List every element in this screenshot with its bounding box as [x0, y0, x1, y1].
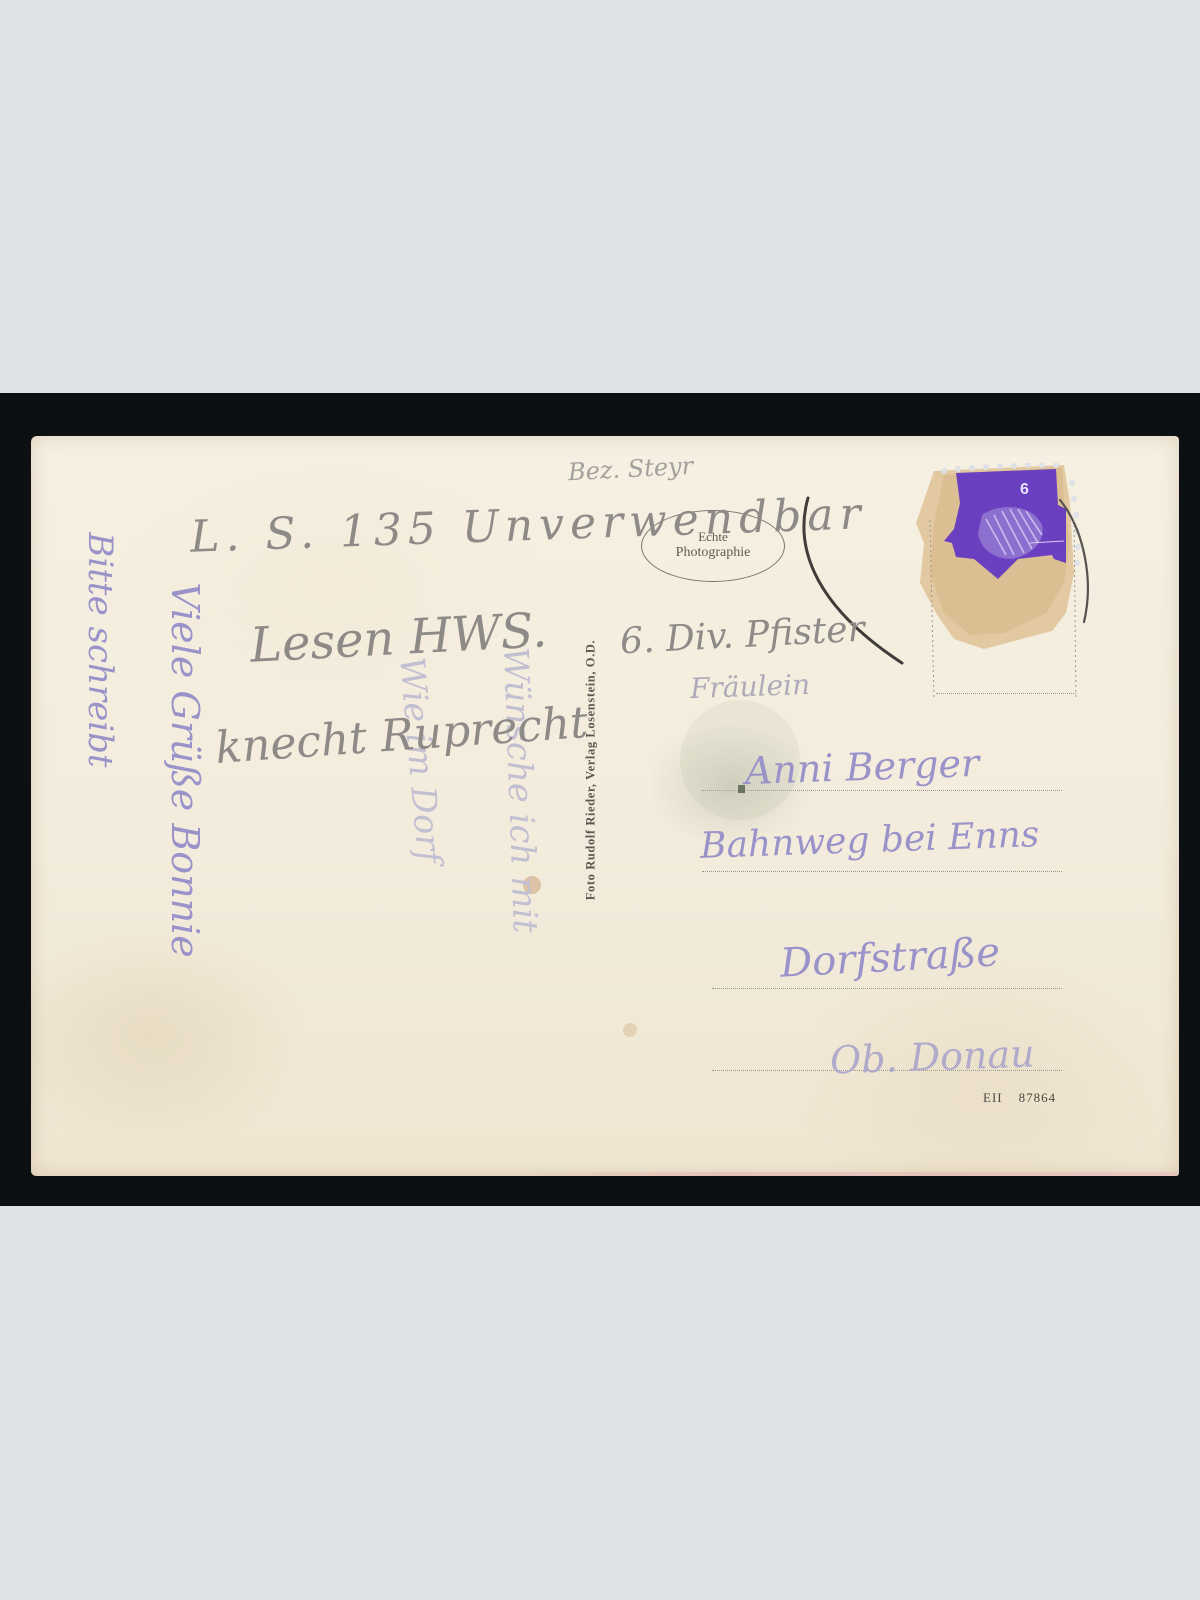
- catalog-mark: EII87864: [983, 1090, 1056, 1106]
- logo-line-2: Photographie: [642, 545, 784, 561]
- address-line-2: [702, 871, 1062, 872]
- address-line-5-text: Ob. Donau: [829, 1031, 1035, 1082]
- catalog-number: 87864: [1019, 1090, 1057, 1105]
- handwriting-left-margin-2: Bitte schreibt: [80, 532, 120, 767]
- stamp-value: 6: [1020, 481, 1029, 499]
- stamp-paper-icon: [914, 463, 1086, 653]
- handwriting-left-margin-1: Viele Grüße Bonnie: [163, 582, 207, 957]
- postage-stamp: 6: [914, 463, 1086, 653]
- card-edge-tint: [31, 1172, 1179, 1176]
- address-line-3: [712, 988, 1062, 989]
- stamp-box-line: [936, 693, 1076, 694]
- catalog-series: EII: [983, 1090, 1003, 1105]
- address-line-2-text: Anni Berger: [744, 741, 980, 793]
- address-line-1-text: Fräulein: [689, 668, 810, 705]
- publisher-divider-text: Foto Rudolf Rieder, Verlag Losenstein, O…: [584, 640, 599, 900]
